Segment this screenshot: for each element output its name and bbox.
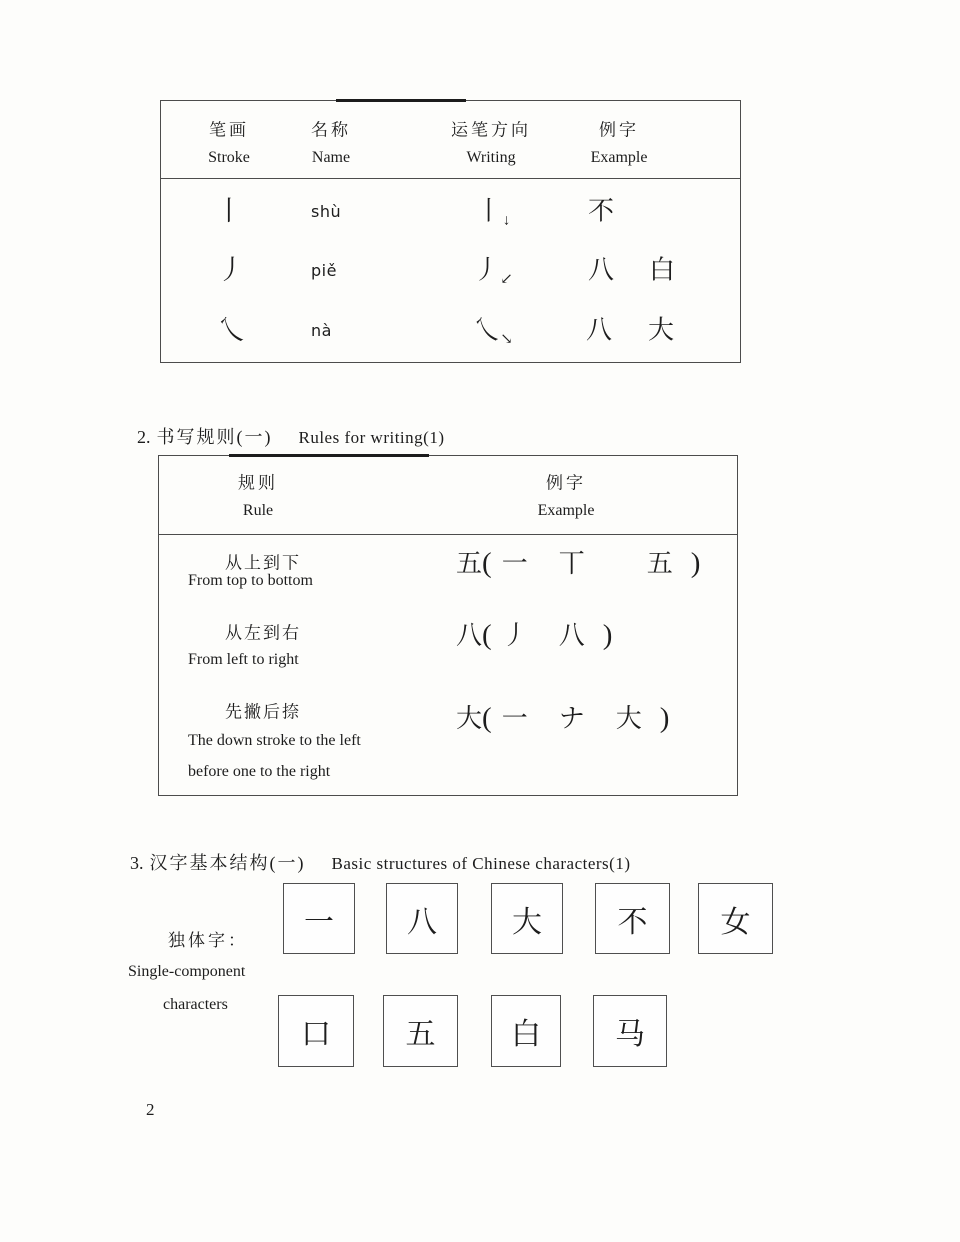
stroke-glyph-shu: 丨 bbox=[216, 197, 243, 227]
single-component-label-en1: Single-component bbox=[128, 963, 245, 981]
rules-section-heading: 2.书写规则(一)Rules for writing(1) bbox=[137, 423, 444, 449]
rule-en: From top to bottom bbox=[188, 572, 313, 590]
col-header-writing-en: Writing bbox=[466, 149, 515, 167]
col-header-rule-en: Rule bbox=[243, 502, 273, 520]
character-box: 不 bbox=[595, 883, 670, 954]
rule-zh: 从上到下 bbox=[225, 555, 301, 574]
character-box: 一 bbox=[283, 883, 355, 954]
example-char: 八 bbox=[586, 317, 612, 346]
rule-en-line2: before one to the right bbox=[188, 763, 330, 781]
writing-direction-pie: 丿↙ bbox=[473, 257, 513, 286]
scanned-textbook-page: 笔画 Stroke 名称 Name 运笔方向 Writing 例字 Exampl… bbox=[0, 0, 960, 1242]
writing-direction-na: 乀↘ bbox=[473, 317, 513, 346]
col-header-example-en: Example bbox=[538, 502, 595, 520]
example-char: 不 bbox=[588, 198, 614, 227]
writing-direction-shu: 丨↓ bbox=[476, 198, 511, 227]
down-right-arrow-icon: ↘ bbox=[500, 332, 513, 349]
col-header-name-zh: 名称 bbox=[311, 122, 351, 141]
col-header-example-en: Example bbox=[591, 149, 648, 167]
stroke-name-na: nà bbox=[311, 322, 332, 340]
col-header-name-en: Name bbox=[312, 149, 350, 167]
example-char: 白 bbox=[649, 257, 675, 286]
stroke-order-example: 大(一ナ大) bbox=[456, 703, 669, 735]
stroke-order-example: 八(丿八) bbox=[456, 620, 612, 652]
col-header-stroke-en: Stroke bbox=[208, 149, 250, 167]
character-box: 八 bbox=[386, 883, 458, 954]
col-header-example-zh: 例字 bbox=[599, 122, 639, 141]
col-header-example-zh: 例字 bbox=[546, 475, 586, 494]
section-heading-zh: 汉字基本结构(一) bbox=[150, 853, 306, 873]
example-char: 八 bbox=[588, 257, 614, 286]
stroke-table: 笔画 Stroke 名称 Name 运笔方向 Writing 例字 Exampl… bbox=[160, 100, 741, 363]
page-number: 2 bbox=[146, 1100, 155, 1120]
col-header-stroke-zh: 笔画 bbox=[209, 122, 249, 141]
character-box: 五 bbox=[383, 995, 458, 1067]
rule-en-line1: The down stroke to the left bbox=[188, 732, 361, 750]
rule-zh: 从左到右 bbox=[225, 625, 301, 644]
section-number: 2. bbox=[137, 427, 151, 447]
single-component-label-en2: characters bbox=[163, 996, 228, 1014]
down-left-arrow-icon: ↙ bbox=[500, 272, 513, 289]
rules-table: 规则 Rule 例字 Example 从上到下 From top to bott… bbox=[158, 455, 738, 796]
stroke-table-header-divider bbox=[161, 178, 740, 179]
section-heading-en: Rules for writing(1) bbox=[299, 428, 445, 447]
character-box: 马 bbox=[593, 995, 667, 1067]
character-box: 大 bbox=[491, 883, 563, 954]
character-box: 女 bbox=[698, 883, 773, 954]
stroke-glyph-pie: 丿 bbox=[218, 256, 245, 286]
section-number: 3. bbox=[130, 853, 144, 873]
col-header-writing-zh: 运笔方向 bbox=[451, 122, 531, 141]
character-box: 白 bbox=[491, 995, 561, 1067]
stroke-order-example: 五(一丅𫝀五) bbox=[456, 548, 700, 580]
section-heading-en: Basic structures of Chinese characters(1… bbox=[332, 854, 631, 873]
character-box: 口 bbox=[278, 995, 354, 1067]
scan-artifact bbox=[336, 99, 466, 102]
rule-zh: 先撇后捺 bbox=[225, 704, 301, 723]
stroke-glyph-na: 乀 bbox=[218, 316, 245, 346]
stroke-name-pie: piě bbox=[311, 262, 337, 280]
scan-artifact bbox=[229, 454, 429, 457]
col-header-rule-zh: 规则 bbox=[238, 475, 278, 494]
structures-section-heading: 3.汉字基本结构(一)Basic structures of Chinese c… bbox=[130, 849, 631, 875]
rules-table-header-divider bbox=[159, 534, 737, 535]
single-component-label-zh: 独体字： bbox=[168, 926, 248, 951]
example-char: 大 bbox=[648, 317, 674, 346]
section-heading-zh: 书写规则(一) bbox=[157, 427, 273, 447]
stroke-name-shu: shù bbox=[311, 203, 341, 221]
rule-en: From left to right bbox=[188, 651, 299, 669]
down-arrow-icon: ↓ bbox=[503, 213, 511, 230]
